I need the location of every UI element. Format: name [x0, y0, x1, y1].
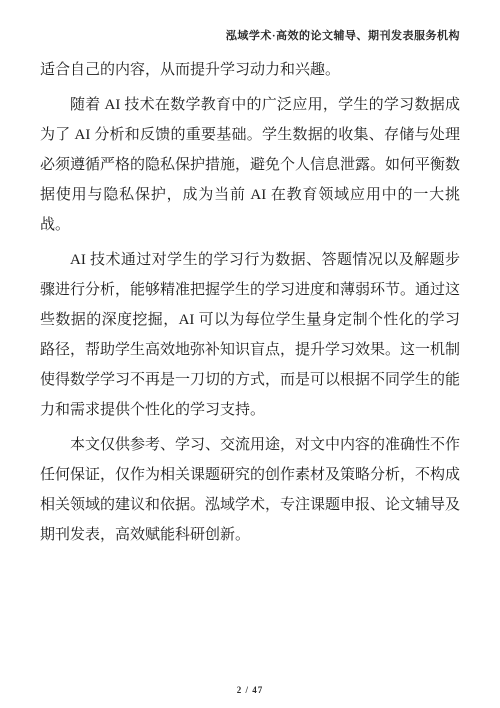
body-paragraph: 本文仅供参考、学习、交流用途，对文中内容的准确性不作任何保证，仅作为相关课题研究… — [40, 430, 460, 550]
page-number: 2 / 47 — [237, 685, 264, 695]
header-brand-text: 泓域学术·高效的论文辅导、期刊发表服务机构 — [226, 30, 460, 42]
body-paragraph: 随着 AI 技术在数学教育中的广泛应用，学生的学习数据成为了 AI 分析和反馈的… — [40, 90, 460, 240]
body-paragraph: AI 技术通过对学生的学习行为数据、答题情况以及解题步骤进行分析，能够精准把握学… — [40, 245, 460, 425]
page-header: 泓域学术·高效的论文辅导、期刊发表服务机构 — [40, 26, 460, 44]
document-body: 适合自己的内容，从而提升学习动力和兴趣。 随着 AI 技术在数学教育中的广泛应用… — [40, 55, 460, 555]
page-footer: 2 / 47 — [0, 680, 500, 698]
document-page: 泓域学术·高效的论文辅导、期刊发表服务机构 适合自己的内容，从而提升学习动力和兴… — [0, 0, 500, 708]
body-paragraph: 适合自己的内容，从而提升学习动力和兴趣。 — [40, 55, 460, 85]
